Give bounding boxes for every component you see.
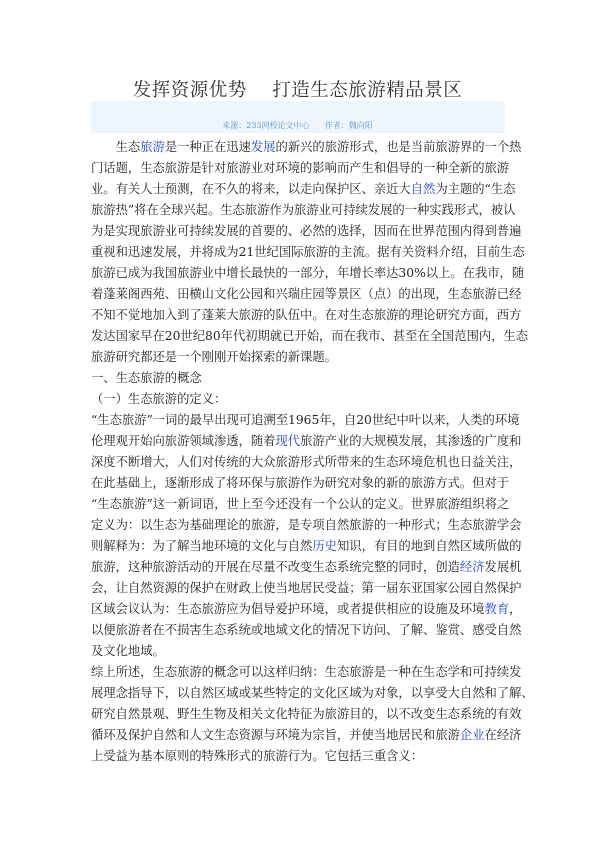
text-line: 定义为：以生态为基础理论的旅游，是专项自然旅游的一种形式；生态旅游学会 [91,515,505,536]
text-line: 综上所述，生态旅游的概念可以这样归纳：生态旅游是一种在生态学和可持续发 [91,662,505,683]
text-span: 不知不觉地加入到了蓬莱大旅游的队伍中。在对生态旅游的理论研究方面，西方 [91,308,521,322]
text-line: 不知不觉地加入到了蓬莱大旅游的队伍中。在对生态旅游的理论研究方面，西方 [91,305,505,326]
text-span: 会，让自然资源的保护在财政上使当地居民受益；第一届东亚国家公园自然保护 [91,581,521,595]
paragraph: 综上所述，生态旅游的概念可以这样归纳：生态旅游是一种在生态学和可持续发展理念指导… [91,662,505,767]
text-line: 门话题，生态旅游是针对旅游业对环境的影响而产生和倡导的一种全新的旅游 [91,158,505,179]
text-span: 伦理观开始向旅游领域渗透，随着 [91,434,275,448]
text-line: 业。有关人士预测，在不久的将来，以走向保护区、亲近大自然为主题的“生态 [91,179,505,200]
text-line: 循环及保护自然和人文生态资源与环境为宗旨，并使当地居民和旅游企业在经济 [91,725,505,746]
text-line: 着蓬莱阁西苑、田横山文化公园和兴瑞庄园等景区（点）的出现，生态旅游已经 [91,284,505,305]
text-span: 展理念指导下，以自然区域或某些特定的文化区域为对象，以享受大自然和了解、 [91,686,534,700]
text-line: 区域会议认为：生态旅游应为倡导爱护环境，或者提供相应的设施及环境教育， [91,599,505,620]
text-line: 展理念指导下，以自然区域或某些特定的文化区域为对象，以享受大自然和了解、 [91,683,505,704]
text-span: 旅游研究都还是一个刚刚开始探索的新课题。 [91,350,337,364]
keyword-link[interactable]: 自然 [411,182,436,196]
text-span: 为主题的“生态 [435,182,515,196]
text-line: 以便旅游者在不损害生态系统或地域文化的情况下访问、了解、鉴赏、感受自然 [91,620,505,641]
text-span: 发展机 [485,560,522,574]
text-line: 研究自然景观、野生生物及相关文化特征为旅游目的，以不改变生态系统的有效 [91,704,505,725]
keyword-link[interactable]: 历史 [312,539,337,553]
text-line: 旅游研究都还是一个刚刚开始探索的新课题。 [91,347,505,368]
text-line: “生态旅游”一词的最早出现可追溯至1965年，自20世纪中叶以来，人类的环境 [91,410,505,431]
text-span: 循环及保护自然和人文生态资源与环境为宗旨，并使当地居民和旅游 [91,728,460,742]
text-span: 以便旅游者在不损害生态系统或地域文化的情况下访问、了解、鉴赏、感受自然 [91,623,521,637]
text-span: 及文化地域。 [91,644,165,658]
text-span: （一）生态旅游的定义： [91,392,226,406]
text-span: 生态 [91,140,140,154]
text-line: 为是实现旅游业可持续发展的首要的、必然的选择，因而在世界范围内得到普遍 [91,221,505,242]
text-line: 则解释为：为了解当地环境的文化与自然历史知识，有目的地到自然区域所做的 [91,536,505,557]
source-byline: 来源：233网校论文中心 作者：魏向阳 [0,120,595,131]
text-line: 上受益为基本原则的特殊形式的旅游行为。它包括三重含义： [91,746,505,767]
text-line: （一）生态旅游的定义： [91,389,505,410]
text-span: 在经济 [485,728,522,742]
text-line: 会，让自然资源的保护在财政上使当地居民受益；第一届东亚国家公园自然保护 [91,578,505,599]
keyword-link[interactable]: 教育 [485,602,510,616]
page-title: 发挥资源优势 打造生态旅游精品景区 [0,76,595,102]
text-line: 旅游，这种旅游活动的开展在尽量不改变生态系统完整的同时，创造经济发展机 [91,557,505,578]
text-span: 则解释为：为了解当地环境的文化与自然 [91,539,312,553]
text-line: 及文化地域。 [91,641,505,662]
text-span: 业。有关人士预测，在不久的将来，以走向保护区、亲近大 [91,182,411,196]
text-line: 伦理观开始向旅游领域渗透，随着现代旅游产业的大规模发展，其渗透的广度和 [91,431,505,452]
text-span: 一、生态旅游的概念 [91,371,202,385]
keyword-link[interactable]: 企业 [460,728,485,742]
paragraph: 生态旅游是一种正在迅速发展的新兴的旅游形式，也是当前旅游界的一个热门话题，生态旅… [91,137,505,368]
text-span: 旅游，这种旅游活动的开展在尽量不改变生态系统完整的同时，创造 [91,560,460,574]
text-span: 发达国家早在20世纪80年代初期就已开始，而在我市、甚至在全国范围内，生态 [91,329,528,343]
text-span: 区域会议认为：生态旅游应为倡导爱护环境，或者提供相应的设施及环境 [91,602,485,616]
text-span: “生态旅游”一词的最早出现可追溯至1965年，自20世纪中叶以来，人类的环境 [91,413,519,427]
text-line: 在此基础上，逐渐形成了将环保与旅游作为研究对象的新的旅游方式。但对于 [91,473,505,494]
text-span: 门话题，生态旅游是针对旅游业对环境的影响而产生和倡导的一种全新的旅游 [91,161,509,175]
text-span: 深度不断增大，人们对传统的大众旅游形式所带来的生态环境危机也日益关注， [91,455,521,469]
paragraph: 一、生态旅游的概念 [91,368,505,389]
text-span: 重视和迅速发展，并将成为21世纪国际旅游的主流。据有关资料介绍，目前生态 [91,245,525,259]
text-line: 旅游已成为我国旅游业中增长最快的一部分，年增长率达30%以上。在我市，随 [91,263,505,284]
keyword-link[interactable]: 现代 [275,434,300,448]
article-body: 生态旅游是一种正在迅速发展的新兴的旅游形式，也是当前旅游界的一个热门话题，生态旅… [91,137,505,767]
text-line: 一、生态旅游的概念 [91,368,505,389]
paragraph: “生态旅游”一词的最早出现可追溯至1965年，自20世纪中叶以来，人类的环境伦理… [91,410,505,662]
text-span: 综上所述，生态旅游的概念可以这样归纳：生态旅游是一种在生态学和可持续发 [91,665,521,679]
text-span: 在此基础上，逐渐形成了将环保与旅游作为研究对象的新的旅游方式。但对于 [91,476,509,490]
text-span: 旅游已成为我国旅游业中增长最快的一部分，年增长率达30%以上。在我市，随 [91,266,524,280]
text-line: 重视和迅速发展，并将成为21世纪国际旅游的主流。据有关资料介绍，目前生态 [91,242,505,263]
keyword-link[interactable]: 发展 [251,140,276,154]
text-span: 的新兴的旅游形式，也是当前旅游界的一个热 [276,140,522,154]
text-span: 是一种正在迅速 [165,140,251,154]
keyword-link[interactable]: 旅游 [140,140,165,154]
text-span: 知识，有目的地到自然区域所做的 [337,539,521,553]
text-span: ， [509,602,521,616]
text-span: “生态旅游”这一新词语，世上至今还没有一个公认的定义。世界旅游组织将之 [91,497,509,511]
text-span: 着蓬莱阁西苑、田横山文化公园和兴瑞庄园等景区（点）的出现，生态旅游已经 [91,287,521,301]
text-span: 为是实现旅游业可持续发展的首要的、必然的选择，因而在世界范围内得到普遍 [91,224,521,238]
text-line: 生态旅游是一种正在迅速发展的新兴的旅游形式，也是当前旅游界的一个热 [91,137,505,158]
paragraph: （一）生态旅游的定义： [91,389,505,410]
text-span: 定义为：以生态为基础理论的旅游，是专项自然旅游的一种形式；生态旅游学会 [91,518,521,532]
text-line: “生态旅游”这一新词语，世上至今还没有一个公认的定义。世界旅游组织将之 [91,494,505,515]
text-span: 旅游热”将在全球兴起。生态旅游作为旅游业可持续发展的一种实践形式，被认 [91,203,515,217]
text-span: 研究自然景观、野生生物及相关文化特征为旅游目的，以不改变生态系统的有效 [91,707,521,721]
text-span: 旅游产业的大规模发展，其渗透的广度和 [300,434,521,448]
text-line: 深度不断增大，人们对传统的大众旅游形式所带来的生态环境危机也日益关注， [91,452,505,473]
text-line: 旅游热”将在全球兴起。生态旅游作为旅游业可持续发展的一种实践形式，被认 [91,200,505,221]
text-line: 发达国家早在20世纪80年代初期就已开始，而在我市、甚至在全国范围内，生态 [91,326,505,347]
keyword-link[interactable]: 经济 [460,560,485,574]
text-span: 上受益为基本原则的特殊形式的旅游行为。它包括三重含义： [91,749,423,763]
